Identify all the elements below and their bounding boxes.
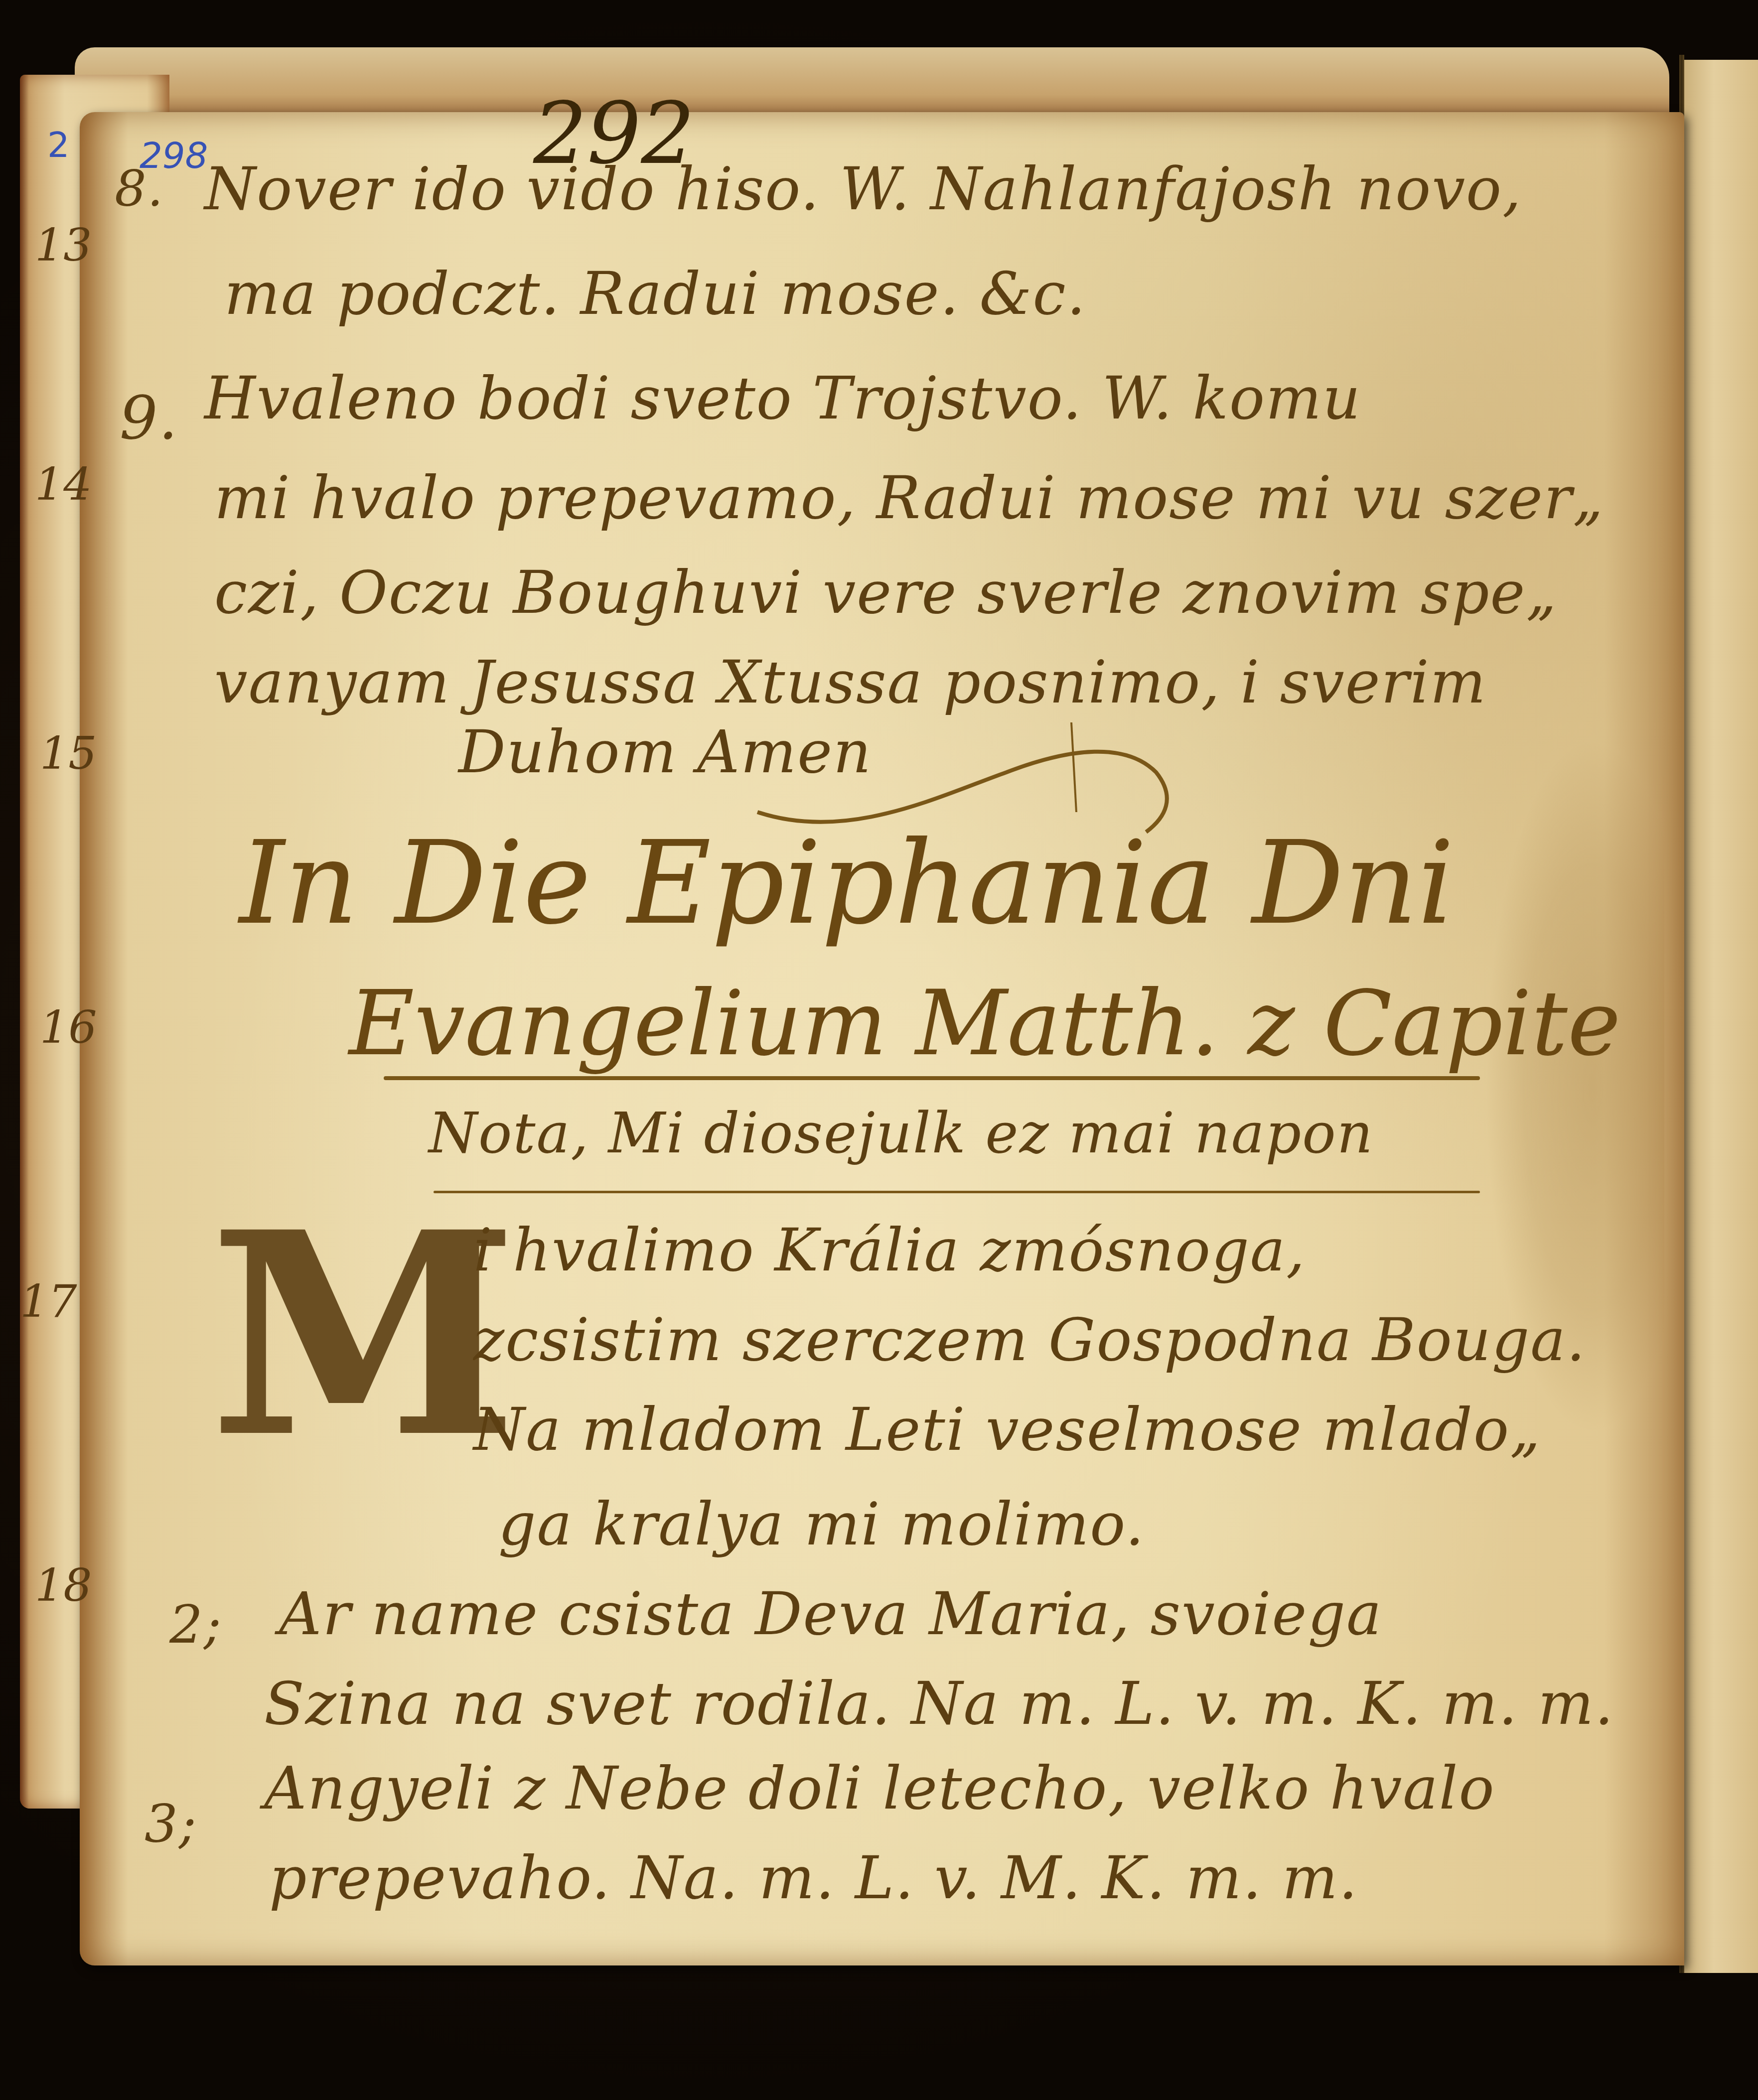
melody-note: Nota, Mi diosejulk ez mai napon [429,1101,1374,1166]
verse-line: Na mladom Leti veselmose mlado„ [473,1395,1541,1464]
section-title: In Die Epiphania Dni [239,817,1454,950]
section-subtitle: Evangelium Matth. z Capite [349,972,1620,1076]
verse-number: 2; [169,1594,222,1655]
verse-line: i hvalimo Krália zmósnoga, [473,1216,1306,1284]
margin-number: 18 [35,1559,92,1612]
verse-number: 3; [145,1794,197,1854]
verse-line: Nover ido vido hiso. W. Nahlanfajosh nov… [204,154,1522,223]
verse-number: 9. [120,384,179,453]
verse-line: prepevaho. Na. m. L. v. M. K. m. m. [269,1843,1358,1912]
margin-number: 15 [40,727,97,780]
archive-number-left: 2 [47,125,70,165]
verse-line: ma podczt. Radui mose. &c. [224,259,1086,328]
verse-line: ga kralya mi molimo. [498,1490,1145,1558]
drop-cap-letter: M [209,1196,518,1475]
verse-line: mi hvalo prepevamo, Radui mose mi vu sze… [214,463,1604,532]
verse-number: 8. [115,159,164,218]
margin-number: 17 [20,1275,77,1328]
margin-number: 14 [35,458,92,511]
verse-line: zcsistim szerczem Gospodna Bouga. [473,1305,1586,1374]
verse-line: Angyeli z Nebe doli letecho, velko hvalo [264,1754,1495,1822]
verse-line: Hvaleno bodi sveto Trojstvo. W. komu [204,364,1361,432]
verse-line: czi, Oczu Boughuvi vere sverle znovim sp… [214,558,1558,627]
verse-line: Ar name csista Deva Maria, svoiega [279,1579,1382,1648]
note-rule [434,1191,1480,1193]
margin-number: 16 [40,1001,97,1054]
margin-number: 13 [35,219,92,272]
verse-line: Szina na svet rodila. Na m. L. v. m. K. … [264,1669,1614,1738]
title-rule [384,1076,1480,1080]
facing-page-edge [1684,60,1758,1973]
verse-line: vanyam Jesussa Xtussa posnimo, i sverim [214,648,1487,716]
